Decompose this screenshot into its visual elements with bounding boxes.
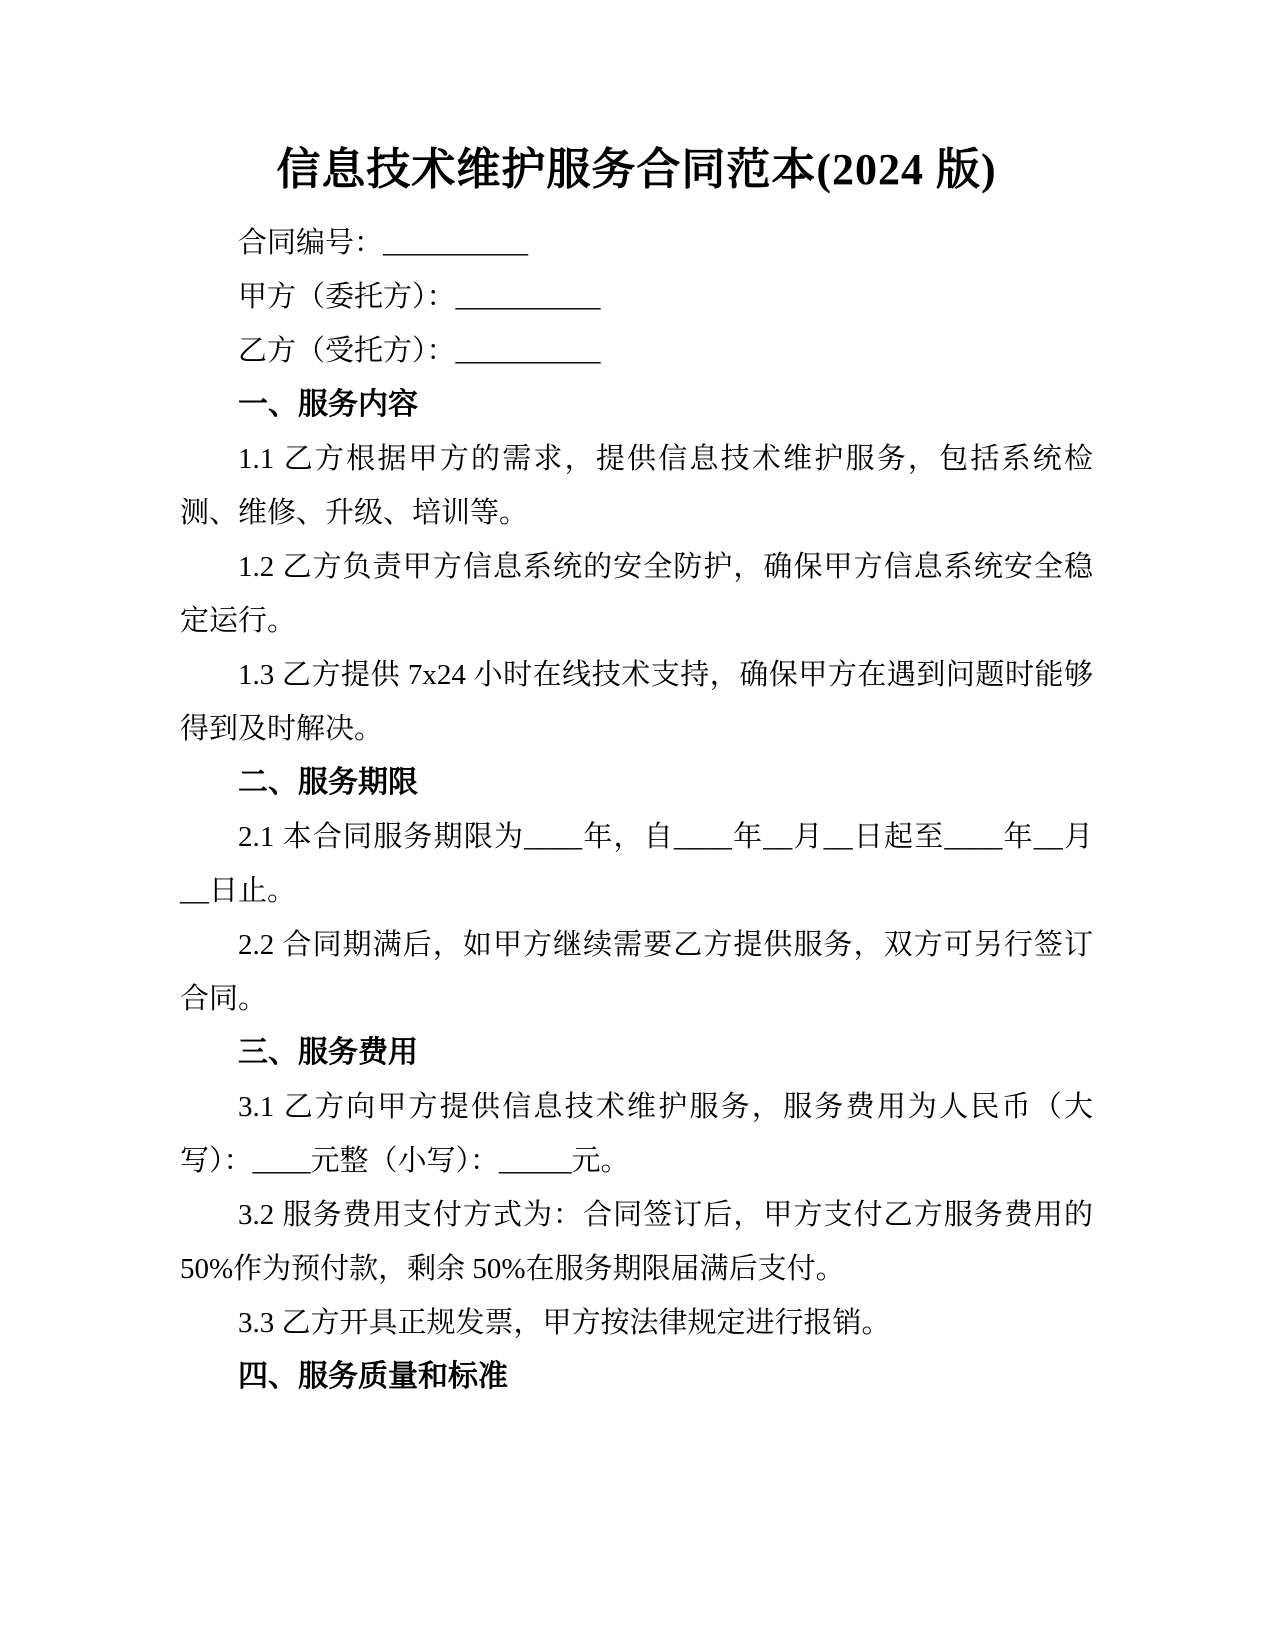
field-lines: 合同编号：__________甲方（委托方）：__________乙方（受托方）…	[180, 216, 1093, 378]
contract-paragraph: 2.2 合同期满后，如甲方继续需要乙方提供服务，双方可另行签订合同。	[180, 918, 1093, 1026]
contract-paragraph: 1.1 乙方根据甲方的需求，提供信息技术维护服务，包括系统检测、维修、升级、培训…	[180, 432, 1093, 540]
contract-document: 信息技术维护服务合同范本(2024 版) 合同编号：__________甲方（委…	[0, 0, 1275, 1404]
contract-page: 信息技术维护服务合同范本(2024 版) 合同编号：__________甲方（委…	[0, 0, 1275, 1650]
contract-paragraph: 3.2 服务费用支付方式为：合同签订后，甲方支付乙方服务费用的50%作为预付款，…	[180, 1188, 1093, 1296]
field-line: 合同编号：__________	[180, 216, 1093, 270]
field-label: 合同编号：	[238, 227, 383, 259]
contract-paragraph: 1.3 乙方提供 7x24 小时在线技术支持，确保甲方在遇到问题时能够得到及时解…	[180, 648, 1093, 756]
field-line: 乙方（受托方）：__________	[180, 324, 1093, 378]
document-body: 一、服务内容1.1 乙方根据甲方的需求，提供信息技术维护服务，包括系统检测、维修…	[180, 378, 1093, 1404]
field-line: 甲方（委托方）：__________	[180, 270, 1093, 324]
section-heading: 四、服务质量和标准	[180, 1350, 1093, 1404]
contract-paragraph: 2.1 本合同服务期限为____年，自____年__月__日起至____年__月…	[180, 810, 1093, 918]
field-blank: __________	[383, 227, 528, 259]
section-heading: 二、服务期限	[180, 756, 1093, 810]
field-blank: __________	[456, 281, 601, 313]
contract-paragraph: 3.3 乙方开具正规发票，甲方按法律规定进行报销。	[180, 1296, 1093, 1350]
section-heading: 三、服务费用	[180, 1026, 1093, 1080]
document-title: 信息技术维护服务合同范本(2024 版)	[180, 140, 1093, 200]
contract-paragraph: 3.1 乙方向甲方提供信息技术维护服务，服务费用为人民币（大写）：____元整（…	[180, 1080, 1093, 1188]
field-label: 乙方（受托方）：	[238, 335, 456, 367]
section-heading: 一、服务内容	[180, 378, 1093, 432]
contract-paragraph: 1.2 乙方负责甲方信息系统的安全防护，确保甲方信息系统安全稳定运行。	[180, 540, 1093, 648]
field-blank: __________	[456, 335, 601, 367]
field-label: 甲方（委托方）：	[238, 281, 456, 313]
